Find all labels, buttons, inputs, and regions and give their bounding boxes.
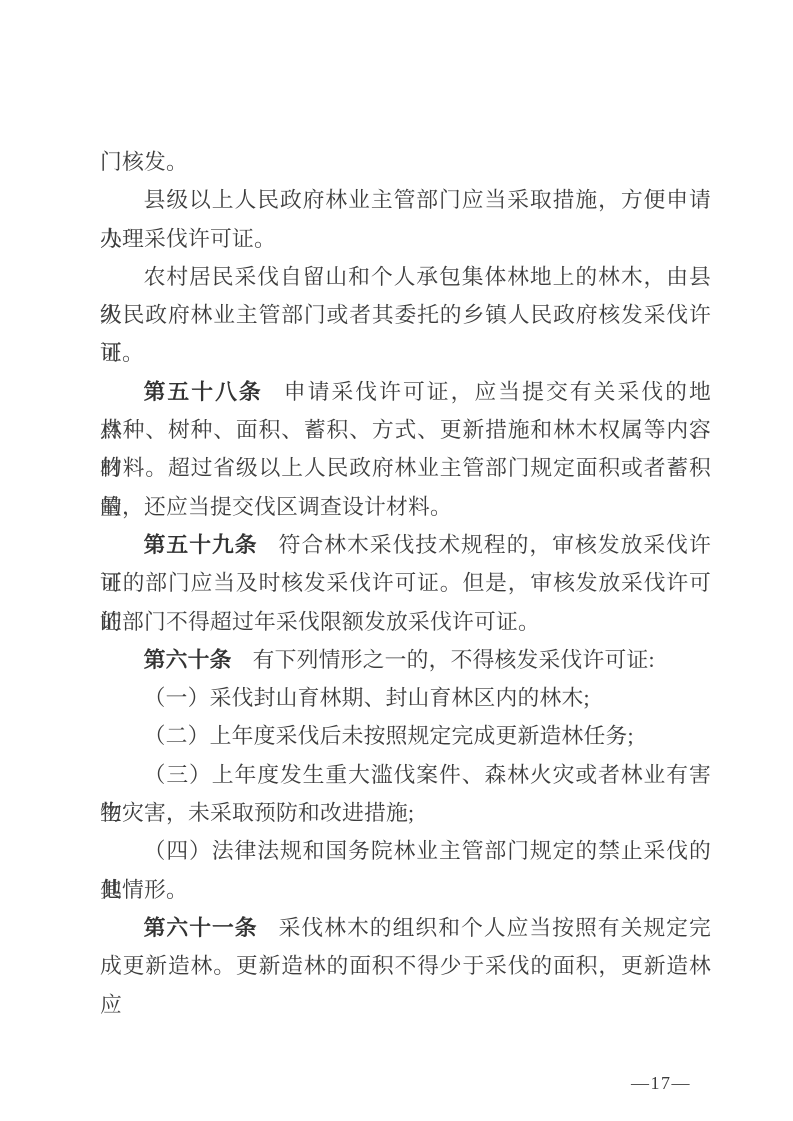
text-line: 证。 — [100, 334, 711, 372]
line-text: （一）采伐封山育林期、封山育林区内的林木; — [144, 686, 590, 710]
line-text: 办理采伐许可证。 — [100, 227, 276, 251]
text-line: （二）上年度采伐后未按照规定完成更新造林任务; — [100, 717, 711, 755]
page-number: —17— — [631, 1072, 691, 1094]
text-line: 第六十条有下列情形之一的，不得核发采伐许可证: — [100, 641, 711, 679]
text-line: 第五十九条符合林木采伐技术规程的，审核发放采伐许可 — [100, 526, 711, 564]
text-line: 人民政府林业主管部门或者其委托的乡镇人民政府核发采伐许可 — [100, 296, 711, 334]
text-line: 办理采伐许可证。 — [100, 220, 711, 258]
line-text: 物灾害，未采取预防和改进措施; — [100, 801, 414, 825]
line-text: 证。 — [100, 341, 144, 365]
article-number: 第六十条 — [144, 647, 232, 672]
text-line: （四）法律法规和国务院林业主管部门规定的禁止采伐的其 — [100, 832, 711, 870]
line-text: 成更新造林。更新造林的面积不得少于采伐的面积，更新造林应 — [100, 954, 711, 1016]
text-line: 门核发。 — [100, 143, 711, 181]
text-line: （三）上年度发生重大滥伐案件、森林火灾或者林业有害生 — [100, 756, 711, 794]
article-number: 第六十一条 — [144, 915, 258, 940]
document-body: 门核发。县级以上人民政府林业主管部门应当采取措施，方便申请人办理采伐许可证。农村… — [100, 143, 711, 986]
line-text: 有下列情形之一的，不得核发采伐许可证: — [253, 648, 655, 672]
text-line: （一）采伐封山育林期、封山育林区内的林木; — [100, 679, 711, 717]
line-text: （二）上年度采伐后未按照规定完成更新造林任务; — [144, 724, 634, 748]
article-number: 第五十八条 — [144, 379, 263, 404]
text-line: 他情形。 — [100, 871, 711, 909]
text-line: 农村居民采伐自留山和个人承包集体林地上的林木，由县级 — [100, 258, 711, 296]
text-line: 物灾害，未采取预防和改进措施; — [100, 794, 711, 832]
text-line: 的部门不得超过年采伐限额发放采伐许可证。 — [100, 603, 711, 641]
text-line: 林种、树种、面积、蓄积、方式、更新措施和林木权属等内容的 — [100, 411, 711, 449]
text-line: 成更新造林。更新造林的面积不得少于采伐的面积，更新造林应 — [100, 947, 711, 985]
line-text: 的，还应当提交伐区调查设计材料。 — [100, 495, 452, 519]
text-line: 第六十一条采伐林木的组织和个人应当按照有关规定完 — [100, 909, 711, 947]
line-text: 的部门不得超过年采伐限额发放采伐许可证。 — [100, 610, 540, 634]
line-text: 门核发。 — [100, 150, 188, 174]
document-page: 门核发。县级以上人民政府林业主管部门应当采取措施，方便申请人办理采伐许可证。农村… — [0, 0, 793, 1121]
text-line: 第五十八条申请采伐许可证，应当提交有关采伐的地点、 — [100, 373, 711, 411]
text-line: 县级以上人民政府林业主管部门应当采取措施，方便申请人 — [100, 181, 711, 219]
text-line: 证的部门应当及时核发采伐许可证。但是，审核发放采伐许可证 — [100, 564, 711, 602]
text-line: 材料。超过省级以上人民政府林业主管部门规定面积或者蓄积量 — [100, 449, 711, 487]
text-line: 的，还应当提交伐区调查设计材料。 — [100, 488, 711, 526]
line-text: 他情形。 — [100, 878, 188, 902]
line-text: 采伐林木的组织和个人应当按照有关规定完 — [279, 916, 711, 940]
article-number: 第五十九条 — [144, 532, 258, 557]
